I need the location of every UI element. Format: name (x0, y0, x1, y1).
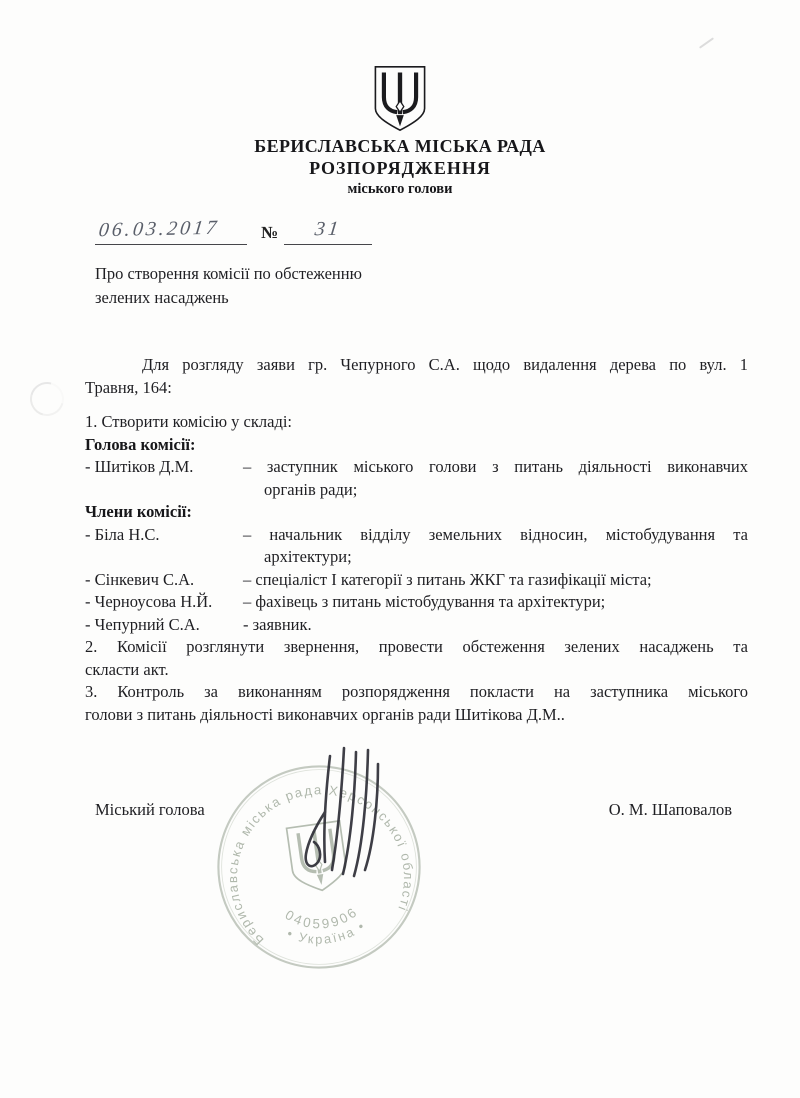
member-row-head: - Шитіков Д.М. – заступник міського голо… (85, 456, 748, 479)
item-3-line-1: 3. Контроль за виконанням розпорядження … (85, 681, 748, 704)
subject-line-2: зелених насаджень (95, 286, 362, 310)
member-role: – заступник міського голови з питань дія… (243, 456, 748, 479)
signature-row: Міський голова О. М. Шаповалов (95, 800, 732, 820)
item-2-line-2: скласти акт. (85, 659, 748, 682)
signatory-title: Міський голова (95, 800, 205, 820)
spacer (85, 399, 748, 411)
member-row: - Біла Н.С. – начальник відділу земельни… (85, 524, 748, 547)
scan-artifact-mark (699, 37, 714, 48)
number-underline: 31 (284, 218, 372, 245)
scan-artifact-ring (24, 376, 70, 422)
member-role: – спеціаліст І категорії з питань ЖКГ та… (243, 569, 748, 592)
member-name: - Чепурний С.А. (85, 614, 243, 637)
commission-head-label: Голова комісії: (85, 434, 748, 457)
commission-members-label: Члени комісії: (85, 501, 748, 524)
member-role: - заявник. (243, 614, 748, 637)
subject-block: Про створення комісії по обстеженню зеле… (95, 262, 362, 310)
intro-line-2: Травня, 164: (85, 377, 748, 400)
member-role-continuation: органів ради; (85, 479, 748, 502)
member-role-continuation: архітектури; (85, 546, 748, 569)
date-underline: 06.03.2017 (95, 218, 247, 245)
number-handwritten: 31 (314, 218, 343, 242)
signature-ink (268, 742, 418, 902)
member-name: - Біла Н.С. (85, 524, 243, 547)
intro-line-1: Для розгляду заяви гр. Чепурного С.А. що… (85, 354, 748, 377)
member-name: - Черноусова Н.Й. (85, 591, 243, 614)
member-role: – начальник відділу земельних відносин, … (243, 524, 748, 547)
member-row: - Чепурний С.А. - заявник. (85, 614, 748, 637)
member-row: - Черноусова Н.Й. – фахівець з питань мі… (85, 591, 748, 614)
item-1: 1. Створити комісію у складі: (85, 411, 748, 434)
member-row: - Сінкевич С.А. – спеціаліст І категорії… (85, 569, 748, 592)
signatory-name: О. М. Шаповалов (609, 800, 732, 820)
item-3-line-2: голови з питань діяльності виконавчих ор… (85, 704, 748, 727)
member-name: - Шитіков Д.М. (85, 456, 243, 479)
doc-type-title: РОЗПОРЯДЖЕННЯ (0, 158, 800, 179)
subject-line-1: Про створення комісії по обстеженню (95, 262, 362, 286)
date-number-row: 06.03.2017 № 31 (95, 218, 372, 245)
body-text: Для розгляду заяви гр. Чепурного С.А. що… (85, 354, 748, 726)
item-2-line-1: 2. Комісії розглянути звернення, провест… (85, 636, 748, 659)
document-header: БЕРИСЛАВСЬКА МІСЬКА РАДА РОЗПОРЯДЖЕННЯ м… (0, 64, 800, 198)
member-name: - Сінкевич С.А. (85, 569, 243, 592)
number-sign: № (261, 223, 278, 243)
org-name: БЕРИСЛАВСЬКА МІСЬКА РАДА (0, 136, 800, 157)
ukraine-trident-emblem-icon (371, 64, 429, 134)
date-handwritten: 06.03.2017 (97, 217, 220, 243)
doc-subtype: міського голови (0, 181, 800, 198)
member-role: – фахівець з питань містобудування та ар… (243, 591, 748, 614)
document-page: БЕРИСЛАВСЬКА МІСЬКА РАДА РОЗПОРЯДЖЕННЯ м… (0, 0, 800, 1098)
